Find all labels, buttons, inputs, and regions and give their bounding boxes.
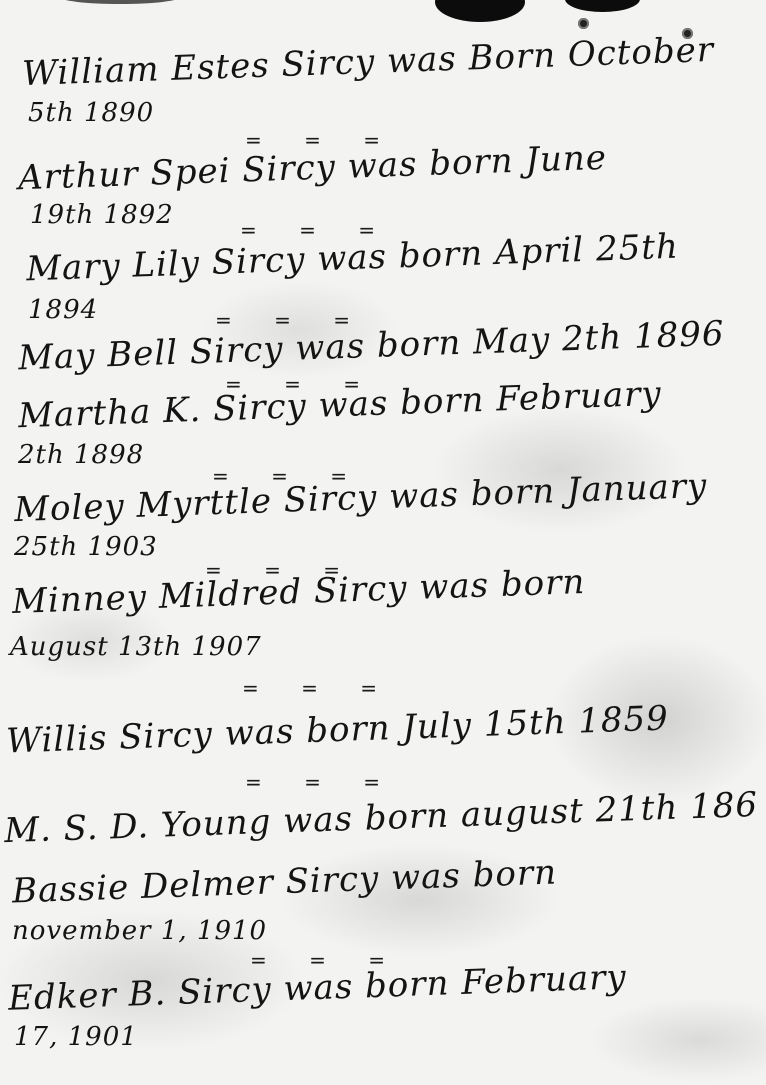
entry-3-line-2: 1894 [28, 295, 98, 325]
punch-hole [578, 18, 589, 29]
entry-7-line-2: August 13th 1907 [10, 632, 262, 662]
entry-11-line-2: 17, 1901 [14, 1022, 138, 1052]
entry-5-line-2: 2th 1898 [18, 440, 144, 470]
entry-1-line-2: 5th 1890 [28, 98, 154, 128]
ditto-marks: = = = [245, 770, 398, 794]
ditto-marks: = = = [242, 676, 395, 700]
entry-10-line-2: november 1, 1910 [12, 916, 267, 946]
entry-2-line-2: 19th 1892 [30, 200, 174, 230]
entry-6-line-2: 25th 1903 [14, 532, 158, 562]
